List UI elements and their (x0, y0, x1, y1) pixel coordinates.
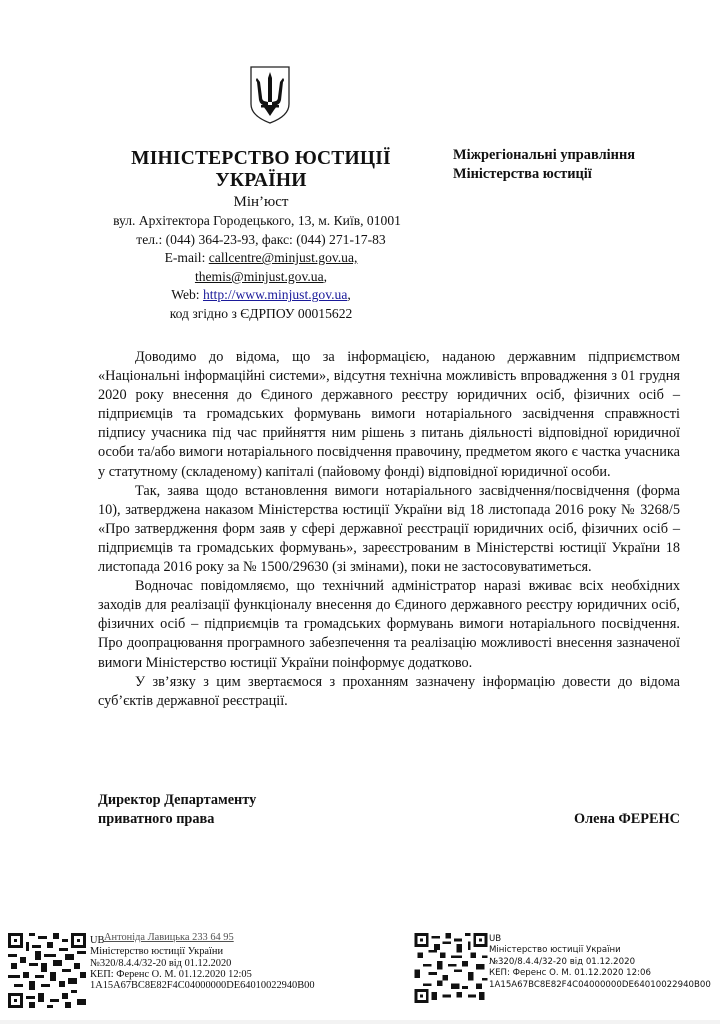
stamp-line: 1A15A67BC8E82F4C04000000DE64010022940B00 (90, 980, 315, 991)
body-paragraph: Водночас повідомляємо, що технічний адмі… (98, 577, 680, 672)
body-paragraph: У зв’язку з цим звертаємося з проханням … (98, 673, 680, 711)
stamp-line: Міністерство юстиції України (489, 945, 711, 956)
web-label: Web: (171, 287, 203, 302)
recipient-line-2: Міністерства юстиції (453, 165, 635, 184)
email-label: E-mail: (165, 250, 209, 265)
ministry-email-line: E-mail: callcentre@minjust.gov.ua, (96, 249, 426, 268)
recipient-block: Міжрегіональні управління Міністерства ю… (453, 146, 635, 184)
signatory-position-line-1: Директор Департаменту (98, 791, 686, 810)
ministry-address: вул. Архітектора Городецького, 13, м. Ки… (88, 212, 426, 231)
stamp-text-block: UB Міністерство юстиції України №320/8.4… (489, 934, 711, 991)
signatory-name: Олена ФЕРЕНС (574, 810, 680, 829)
coat-of-arms-icon (248, 64, 292, 126)
page-bottom-edge (0, 1020, 720, 1024)
stamp-line: №320/8.4.4/32-20 від 01.12.2020 (489, 957, 711, 968)
stamp-line: Міністерство юстиції України (90, 946, 315, 957)
qr-code-icon (413, 933, 489, 1003)
ministry-header: МІНІСТЕРСТВО ЮСТИЦІЇ УКРАЇНИ Мін’юст вул… (96, 148, 426, 324)
letter-body: Доводимо до відома, що за інформацією, н… (98, 348, 680, 711)
signature-block: Директор Департаменту приватного права О… (98, 791, 686, 829)
body-paragraph: Так, заява щодо встановлення вимоги нота… (98, 482, 680, 577)
stamp-line: КЕП: Ференс О. М. 01.12.2020 12:06 (489, 968, 711, 979)
qr-code-icon (8, 933, 86, 1008)
ministry-phone-fax: тел.: (044) 364-23-93, факс: (044) 271-1… (96, 231, 426, 250)
web-link[interactable]: http://www.minjust.gov.ua (203, 287, 347, 302)
email-link-callcentre[interactable]: callcentre@minjust.gov.ua, (209, 250, 358, 265)
stamp-line: 1A15A67BC8E82F4C04000000DE64010022940B00 (489, 980, 711, 991)
ministry-title: МІНІСТЕРСТВО ЮСТИЦІЇ (96, 148, 426, 170)
handwritten-overlap-note: Антоніда Лавицька 233 64 95 (104, 932, 234, 943)
web-separator: , (347, 287, 350, 302)
recipient-line-1: Міжрегіональні управління (453, 146, 635, 165)
ministry-short-name: Мін’юст (96, 193, 426, 212)
ministry-web-line: Web: http://www.minjust.gov.ua, (96, 286, 426, 305)
email-separator: , (324, 269, 327, 284)
ministry-email-line-2: themis@minjust.gov.ua, (96, 268, 426, 287)
stamp-line: КЕП: Ференс О. М. 01.12.2020 12:05 (90, 969, 315, 980)
stamp-line: №320/8.4.4/32-20 від 01.12.2020 (90, 958, 315, 969)
stamp-text-block: Антоніда Лавицька 233 64 95 UB Міністерс… (90, 935, 315, 991)
ministry-edrpou-code: код згідно з ЄДРПОУ 00015622 (96, 305, 426, 324)
stamp-line: UB (489, 934, 711, 945)
body-paragraph: Доводимо до відома, що за інформацією, н… (98, 348, 680, 482)
ministry-title-country: УКРАЇНИ (96, 170, 426, 192)
email-link-themis[interactable]: themis@minjust.gov.ua (195, 269, 324, 284)
